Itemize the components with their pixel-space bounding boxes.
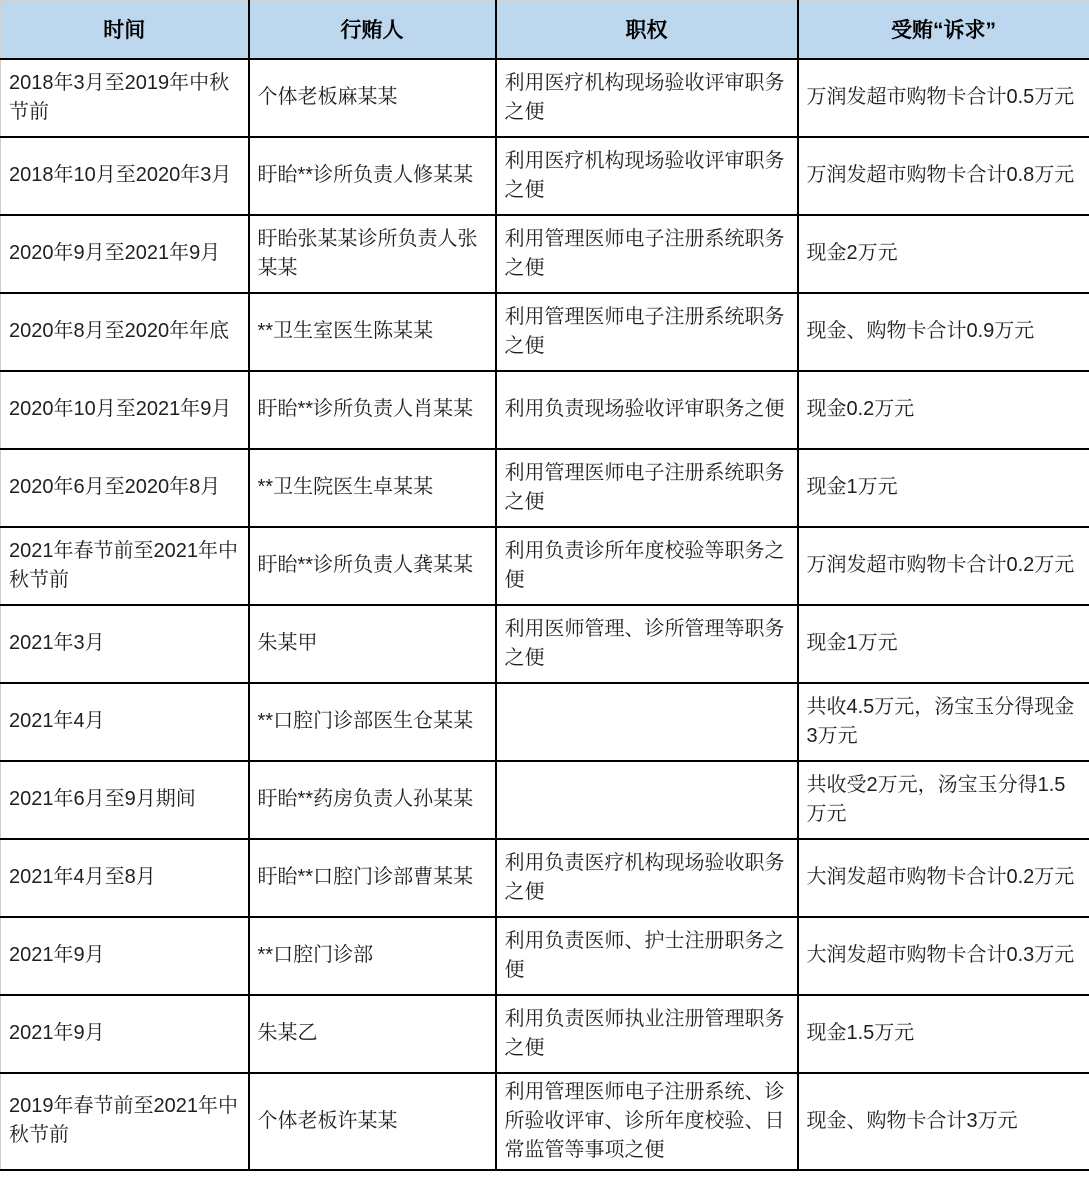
cell-briber: **卫生院医生卓某某 xyxy=(249,449,496,527)
cell-briber: **卫生室医生陈某某 xyxy=(249,293,496,371)
cell-briber: **口腔门诊部 xyxy=(249,917,496,995)
cell-time: 2021年9月 xyxy=(1,917,249,995)
cell-authority: 利用医师管理、诊所管理等职务之便 xyxy=(496,605,798,683)
table-header: 时间 行贿人 职权 受贿“诉求” xyxy=(1,1,1089,59)
bribery-table: 时间 行贿人 职权 受贿“诉求” 2018年3月至2019年中秋节前个体老板麻某… xyxy=(0,0,1089,1171)
cell-authority: 利用医疗机构现场验收评审职务之便 xyxy=(496,59,798,137)
table-row: 2021年4月**口腔门诊部医生仓某某共收4.5万元，汤宝玉分得现金3万元 xyxy=(1,683,1089,761)
cell-time: 2020年9月至2021年9月 xyxy=(1,215,249,293)
cell-briber: 个体老板麻某某 xyxy=(249,59,496,137)
header-time: 时间 xyxy=(1,1,249,59)
table-row: 2021年3月朱某甲利用医师管理、诊所管理等职务之便现金1万元 xyxy=(1,605,1089,683)
cell-demand: 现金1.5万元 xyxy=(798,995,1089,1073)
cell-time: 2021年春节前至2021年中秋节前 xyxy=(1,527,249,605)
cell-demand: 现金、购物卡合计0.9万元 xyxy=(798,293,1089,371)
cell-demand: 现金、购物卡合计3万元 xyxy=(798,1073,1089,1170)
table-row: 2020年10月至2021年9月盱眙**诊所负责人肖某某利用负责现场验收评审职务… xyxy=(1,371,1089,449)
table-row: 2021年9月**口腔门诊部利用负责医师、护士注册职务之便大润发超市购物卡合计0… xyxy=(1,917,1089,995)
cell-authority: 利用管理医师电子注册系统职务之便 xyxy=(496,449,798,527)
cell-time: 2020年10月至2021年9月 xyxy=(1,371,249,449)
cell-demand: 万润发超市购物卡合计0.2万元 xyxy=(798,527,1089,605)
cell-authority xyxy=(496,761,798,839)
cell-time: 2018年3月至2019年中秋节前 xyxy=(1,59,249,137)
cell-authority: 利用负责医疗机构现场验收职务之便 xyxy=(496,839,798,917)
header-row: 时间 行贿人 职权 受贿“诉求” xyxy=(1,1,1089,59)
cell-time: 2021年3月 xyxy=(1,605,249,683)
cell-authority: 利用负责医师、护士注册职务之便 xyxy=(496,917,798,995)
table-row: 2020年6月至2020年8月**卫生院医生卓某某利用管理医师电子注册系统职务之… xyxy=(1,449,1089,527)
table-row: 2020年8月至2020年年底**卫生室医生陈某某利用管理医师电子注册系统职务之… xyxy=(1,293,1089,371)
cell-time: 2020年6月至2020年8月 xyxy=(1,449,249,527)
cell-briber: 朱某甲 xyxy=(249,605,496,683)
cell-time: 2018年10月至2020年3月 xyxy=(1,137,249,215)
header-demand: 受贿“诉求” xyxy=(798,1,1089,59)
cell-time: 2021年6月至9月期间 xyxy=(1,761,249,839)
cell-time: 2021年4月 xyxy=(1,683,249,761)
cell-time: 2019年春节前至2021年中秋节前 xyxy=(1,1073,249,1170)
table-row: 2021年4月至8月盱眙**口腔门诊部曹某某利用负责医疗机构现场验收职务之便大润… xyxy=(1,839,1089,917)
cell-demand: 现金2万元 xyxy=(798,215,1089,293)
table-body: 2018年3月至2019年中秋节前个体老板麻某某利用医疗机构现场验收评审职务之便… xyxy=(1,59,1089,1170)
cell-demand: 万润发超市购物卡合计0.5万元 xyxy=(798,59,1089,137)
table-row: 2021年9月朱某乙利用负责医师执业注册管理职务之便现金1.5万元 xyxy=(1,995,1089,1073)
cell-authority: 利用负责诊所年度校验等职务之便 xyxy=(496,527,798,605)
header-briber: 行贿人 xyxy=(249,1,496,59)
table-row: 2019年春节前至2021年中秋节前个体老板许某某利用管理医师电子注册系统、诊所… xyxy=(1,1073,1089,1170)
table-row: 2018年3月至2019年中秋节前个体老板麻某某利用医疗机构现场验收评审职务之便… xyxy=(1,59,1089,137)
cell-briber: 盱眙**药房负责人孙某某 xyxy=(249,761,496,839)
table-row: 2018年10月至2020年3月盱眙**诊所负责人修某某利用医疗机构现场验收评审… xyxy=(1,137,1089,215)
table-row: 2021年6月至9月期间盱眙**药房负责人孙某某共收受2万元，汤宝玉分得1.5万… xyxy=(1,761,1089,839)
bribery-table-container: 时间 行贿人 职权 受贿“诉求” 2018年3月至2019年中秋节前个体老板麻某… xyxy=(0,0,1089,1171)
cell-authority: 利用管理医师电子注册系统职务之便 xyxy=(496,215,798,293)
cell-authority: 利用医疗机构现场验收评审职务之便 xyxy=(496,137,798,215)
cell-authority xyxy=(496,683,798,761)
cell-time: 2021年4月至8月 xyxy=(1,839,249,917)
cell-briber: 朱某乙 xyxy=(249,995,496,1073)
cell-demand: 大润发超市购物卡合计0.3万元 xyxy=(798,917,1089,995)
cell-briber: 盱眙**诊所负责人龚某某 xyxy=(249,527,496,605)
cell-briber: 个体老板许某某 xyxy=(249,1073,496,1170)
cell-demand: 共收受2万元，汤宝玉分得1.5万元 xyxy=(798,761,1089,839)
cell-demand: 大润发超市购物卡合计0.2万元 xyxy=(798,839,1089,917)
cell-briber: 盱眙张某某诊所负责人张某某 xyxy=(249,215,496,293)
cell-briber: 盱眙**诊所负责人修某某 xyxy=(249,137,496,215)
cell-demand: 共收4.5万元，汤宝玉分得现金3万元 xyxy=(798,683,1089,761)
cell-demand: 万润发超市购物卡合计0.8万元 xyxy=(798,137,1089,215)
cell-time: 2020年8月至2020年年底 xyxy=(1,293,249,371)
cell-authority: 利用管理医师电子注册系统职务之便 xyxy=(496,293,798,371)
cell-demand: 现金1万元 xyxy=(798,449,1089,527)
table-row: 2020年9月至2021年9月盱眙张某某诊所负责人张某某利用管理医师电子注册系统… xyxy=(1,215,1089,293)
header-authority: 职权 xyxy=(496,1,798,59)
cell-authority: 利用负责医师执业注册管理职务之便 xyxy=(496,995,798,1073)
cell-briber: 盱眙**口腔门诊部曹某某 xyxy=(249,839,496,917)
cell-demand: 现金0.2万元 xyxy=(798,371,1089,449)
table-row: 2021年春节前至2021年中秋节前盱眙**诊所负责人龚某某利用负责诊所年度校验… xyxy=(1,527,1089,605)
cell-authority: 利用管理医师电子注册系统、诊所验收评审、诊所年度校验、日常监管等事项之便 xyxy=(496,1073,798,1170)
cell-demand: 现金1万元 xyxy=(798,605,1089,683)
cell-briber: 盱眙**诊所负责人肖某某 xyxy=(249,371,496,449)
cell-briber: **口腔门诊部医生仓某某 xyxy=(249,683,496,761)
cell-time: 2021年9月 xyxy=(1,995,249,1073)
cell-authority: 利用负责现场验收评审职务之便 xyxy=(496,371,798,449)
